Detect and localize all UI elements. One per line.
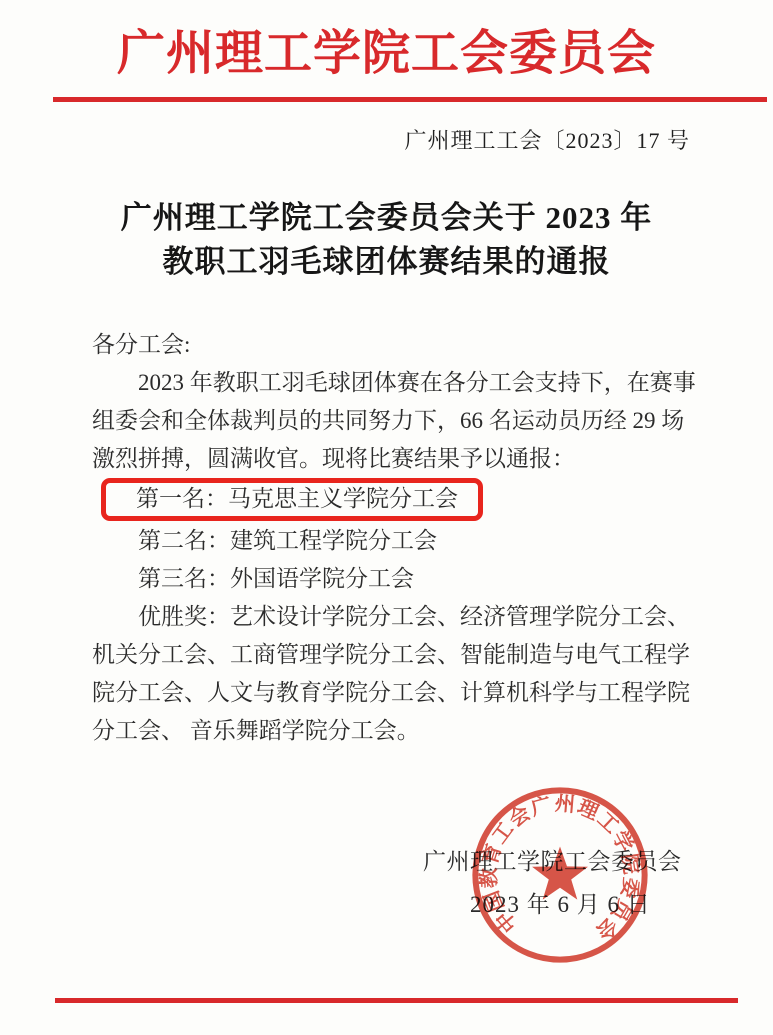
first-place-highlight-box: 第一名：马克思主义学院分工会 [101, 478, 483, 521]
result-third-row: 第三名：外国语学院分工会 [92, 560, 722, 598]
paragraph1-line1: 2023 年教职工羽毛球团体赛在各分工会支持下，在赛事 [92, 364, 722, 402]
result-first-row: 第一名：马克思主义学院分工会 [92, 478, 722, 522]
notice-title: 广州理工学院工会委员会关于 2023 年 教职工羽毛球团体赛结果的通报 [0, 196, 773, 284]
footer-double-rule [55, 998, 738, 1003]
masthead-double-rule [53, 97, 767, 102]
paragraph1-line2: 组委会和全体裁判员的共同努力下，66 名运动员历经 29 场 [92, 402, 722, 440]
winners-line2: 机关分工会、工商管理学院分工会、智能制造与电气工程学 [92, 636, 722, 674]
official-seal: 中国教育工会广州理工学院委员会 [468, 783, 652, 967]
paragraph1-line3: 激烈拼搏，圆满收官。现将比赛结果予以通报： [92, 440, 722, 478]
winners-line3: 院分工会、人文与教育学院分工会、计算机科学与工程学院 [92, 674, 722, 712]
notice-title-line1: 广州理工学院工会委员会关于 2023 年 [0, 196, 773, 240]
official-notice-document: 广州理工学院工会委员会 广州理工工会〔2023〕17 号 广州理工学院工会委员会… [0, 0, 773, 1035]
notice-body: 各分工会: 2023 年教职工羽毛球团体赛在各分工会支持下，在赛事 组委会和全体… [92, 326, 722, 750]
result-first-text: 第一名：马克思主义学院分工会 [136, 486, 458, 511]
org-masthead: 广州理工学院工会委员会 [0, 28, 773, 80]
winners-line1: 优胜奖：艺术设计学院分工会、经济管理学院分工会、 [92, 598, 722, 636]
winners-line4: 分工会、 音乐舞蹈学院分工会。 [92, 712, 722, 750]
notice-title-line2: 教职工羽毛球团体赛结果的通报 [0, 240, 773, 284]
result-second-row: 第二名：建筑工程学院分工会 [92, 522, 722, 560]
doc-number: 广州理工工会〔2023〕17 号 [404, 124, 690, 155]
seal-star-icon [532, 846, 588, 899]
salutation: 各分工会: [92, 326, 722, 364]
